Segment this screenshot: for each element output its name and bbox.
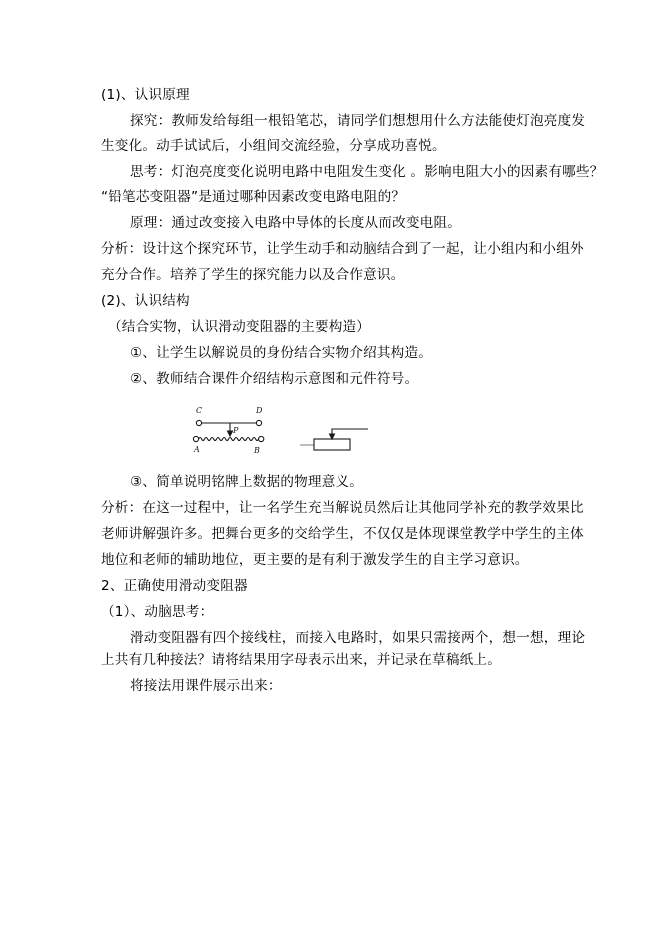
paragraph-analysis-1-line-1: 分析：设计这个探究环节，让学生动手和动脑结合到了一起，让小组内和小组外: [101, 240, 571, 258]
rheostat-structure-diagram: [193, 420, 263, 441]
paragraph-think-line-1: 思考：灯泡亮度变化说明电路中电阻发生变化 。影响电阻大小的因素有哪些？: [130, 163, 600, 181]
rheostat-figure: C D A B P: [190, 403, 380, 461]
paragraph-explore-line-2: 生变化。动手试试后，小组间交流经验，分享成功喜悦。: [101, 137, 571, 155]
terminal-d-icon: [256, 420, 261, 425]
paragraph-analysis-2-line-3: 地位和老师的辅助地位，更主要的是有利于激发学生的自主学习意识。: [101, 551, 571, 569]
section-heading-structure: (2)、认识结构: [101, 292, 571, 310]
label-b: B: [253, 446, 260, 455]
label-d: D: [255, 406, 263, 415]
terminal-a-icon: [193, 436, 198, 441]
document-page: (1)、认识原理 探究：教师发给每组一根铅笔芯，请同学们想想用什么方法能使灯泡亮…: [0, 0, 661, 935]
paragraph-analysis-2-line-2: 老师讲解强许多。把舞台更多的交给学生，不仅仅是体现课堂教学中学生的主体: [101, 525, 571, 543]
label-a: A: [193, 445, 200, 454]
subsection-heading-think: （1）、动脑思考：: [101, 603, 571, 621]
paragraph-terminals-line-1: 滑动变阻器有四个接线柱，而接入电路时，如果只需接两个，想一想，理论: [130, 629, 600, 647]
section-heading-principle: (1)、认识原理: [101, 86, 571, 104]
list-item-2: ②、教师结合课件介绍结构示意图和元件符号。: [130, 370, 600, 388]
terminal-c-icon: [196, 420, 201, 425]
paragraph-show-methods: 将接法用课件展示出来：: [130, 677, 600, 695]
paragraph-analysis-1-line-2: 充分合作。培养了学生的探究能力以及合作意识。: [101, 266, 571, 284]
paragraph-terminals-line-2: 上共有几种接法？请将结果用字母表示出来，并记录在草稿纸上。: [101, 651, 571, 669]
rheostat-symbol-icon: [300, 429, 368, 450]
list-item-3: ③、简单说明铭牌上数据的物理意义。: [130, 473, 600, 491]
section-heading-usage: 2、正确使用滑动变阻器: [101, 577, 571, 595]
paragraph-analysis-2-line-1: 分析：在这一过程中，让一名学生充当解说员然后让其他同学补充的教学效果比: [101, 499, 571, 517]
paragraph-principle: 原理：通过改变接入电路中导体的长度从而改变电阻。: [130, 214, 600, 232]
paragraph-think-line-2: “铅笔芯变阻器”是通过哪种因素改变电路电阻的？: [101, 188, 571, 206]
terminal-b-icon: [259, 436, 264, 441]
label-p: P: [232, 426, 239, 435]
paragraph-explore-line-1: 探究：教师发给每组一根铅笔芯，请同学们想想用什么方法能使灯泡亮度发: [130, 112, 600, 130]
label-c: C: [196, 406, 202, 415]
paragraph-structure-note: （结合实物，认识滑动变阻器的主要构造）: [108, 318, 578, 336]
list-item-1: ①、让学生以解说员的身份结合实物介绍其构造。: [130, 344, 600, 362]
